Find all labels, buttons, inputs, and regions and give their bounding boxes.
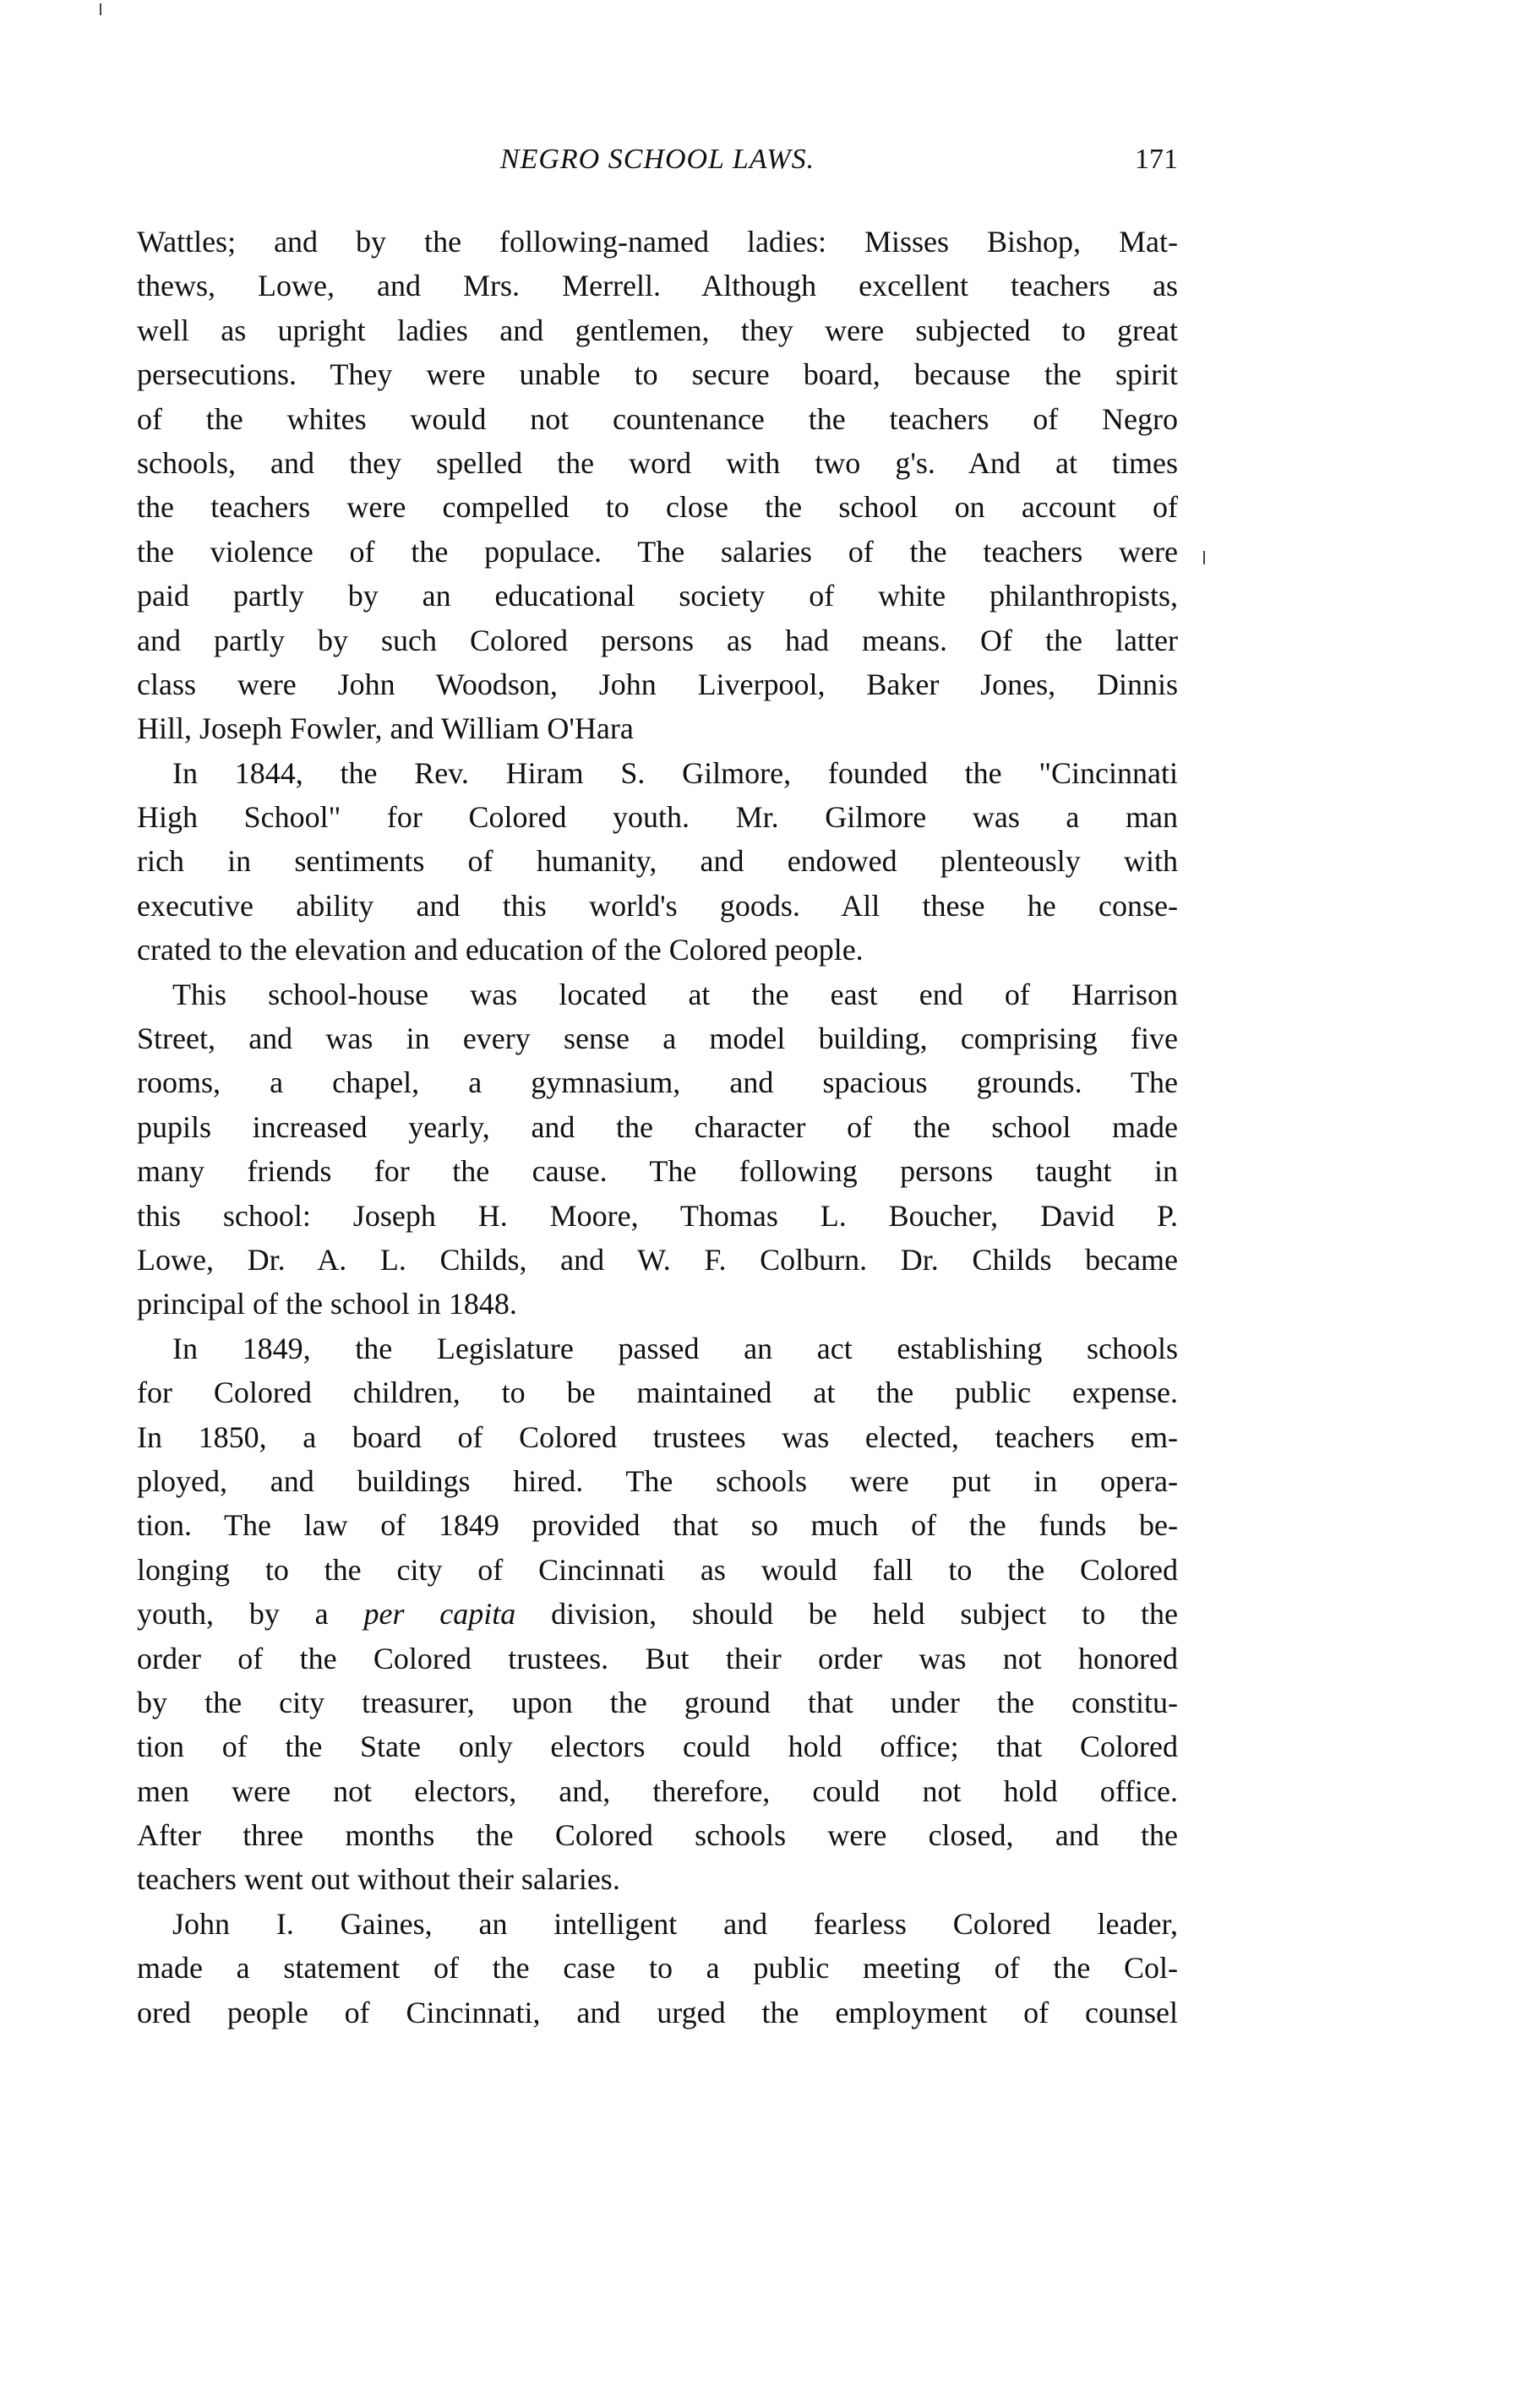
scan-mark	[1203, 551, 1205, 564]
text-line: paid partly by an educational society of…	[137, 574, 1178, 618]
text-line: of the whites would not countenance the …	[137, 397, 1178, 441]
text-line: rooms, a chapel, a gymnasium, and spacio…	[137, 1060, 1178, 1104]
text-line: In 1849, the Legislature passed an act e…	[137, 1327, 1178, 1370]
text-line: many friends for the cause. The followin…	[137, 1149, 1178, 1193]
text-line: After three months the Colored schools w…	[137, 1813, 1178, 1857]
text-line: the violence of the populace. The salari…	[137, 530, 1178, 574]
text-line: longing to the city of Cincinnati as wou…	[137, 1548, 1178, 1592]
text-line: executive ability and this world's goods…	[137, 884, 1178, 928]
text-line: ored people of Cincinnati, and urged the…	[137, 1991, 1178, 2035]
text-line: thews, Lowe, and Mrs. Merrell. Although …	[137, 264, 1178, 308]
text-line: men were not electors, and, therefore, c…	[137, 1769, 1178, 1813]
text-line: Hill, Joseph Fowler, and William O'Hara	[137, 706, 1178, 750]
page-number: 171	[1135, 144, 1178, 176]
paragraph: In 1844, the Rev. Hiram S. Gilmore, foun…	[137, 751, 1178, 972]
text-line: Street, and was in every sense a model b…	[137, 1016, 1178, 1060]
text-line: tion. The law of 1849 provided that so m…	[137, 1503, 1178, 1547]
text-line: this school: Joseph H. Moore, Thomas L. …	[137, 1194, 1178, 1238]
text-line: High School" for Colored youth. Mr. Gilm…	[137, 795, 1178, 839]
text-line: In 1850, a board of Colored trustees was…	[137, 1415, 1178, 1459]
book-page: NEGRO SCHOOL LAWS. 171 Wattles; and by t…	[0, 0, 1521, 2408]
text-line: Lowe, Dr. A. L. Childs, and W. F. Colbur…	[137, 1238, 1178, 1282]
text-line: and partly by such Colored persons as ha…	[137, 618, 1178, 662]
paragraph: This school-house was located at the eas…	[137, 972, 1178, 1327]
text-line: In 1844, the Rev. Hiram S. Gilmore, foun…	[137, 751, 1178, 795]
text-line: order of the Colored trustees. But their…	[137, 1637, 1178, 1681]
running-head: NEGRO SCHOOL LAWS. 171	[137, 144, 1178, 186]
running-title: NEGRO SCHOOL LAWS.	[137, 144, 1178, 176]
text-line: rich in sentiments of humanity, and endo…	[137, 839, 1178, 883]
text-line: class were John Woodson, John Liverpool,…	[137, 662, 1178, 706]
text-line: crated to the elevation and education of…	[137, 928, 1178, 972]
scan-mark	[100, 3, 101, 15]
text-line: made a statement of the case to a public…	[137, 1946, 1178, 1990]
text-line: teachers went out without their salaries…	[137, 1857, 1178, 1901]
paragraph: In 1849, the Legislature passed an act e…	[137, 1327, 1178, 1902]
text-line: youth, by a per capita division, should …	[137, 1592, 1178, 1636]
text-line: John I. Gaines, an intelligent and fearl…	[137, 1902, 1178, 1946]
text-line: well as upright ladies and gentlemen, th…	[137, 308, 1178, 352]
paragraph: Wattles; and by the following-named ladi…	[137, 220, 1178, 751]
text-line: persecutions. They were unable to secure…	[137, 352, 1178, 396]
text-line: the teachers were compelled to close the…	[137, 485, 1178, 529]
text-line: tion of the State only electors could ho…	[137, 1724, 1178, 1768]
text-line: Wattles; and by the following-named ladi…	[137, 220, 1178, 264]
text-line: ployed, and buildings hired. The schools…	[137, 1459, 1178, 1503]
text-line: by the city treasurer, upon the ground t…	[137, 1681, 1178, 1724]
text-line: pupils increased yearly, and the charact…	[137, 1105, 1178, 1149]
body-text: Wattles; and by the following-named ladi…	[137, 220, 1178, 2035]
text-line: for Colored children, to be maintained a…	[137, 1370, 1178, 1414]
text-line: principal of the school in 1848.	[137, 1282, 1178, 1326]
text-line: schools, and they spelled the word with …	[137, 441, 1178, 485]
paragraph: John I. Gaines, an intelligent and fearl…	[137, 1902, 1178, 2035]
italic-phrase: per capita	[363, 1597, 515, 1631]
text-line: This school-house was located at the eas…	[137, 972, 1178, 1016]
